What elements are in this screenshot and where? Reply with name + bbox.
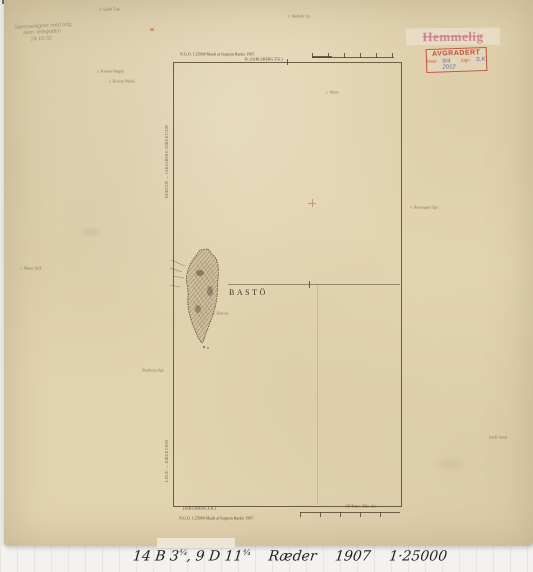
caption-year: 1907 bbox=[334, 549, 371, 565]
skerry-dot bbox=[207, 347, 208, 348]
hemmelig-stamp: Hemmelig bbox=[406, 28, 500, 46]
avgradert-dato-value: 9/4 2012 bbox=[443, 58, 457, 70]
paper-smudge bbox=[430, 455, 470, 473]
skerry-dot bbox=[203, 346, 205, 348]
avgradert-sign-value: S.K. bbox=[476, 56, 487, 62]
terrain-blob bbox=[195, 305, 201, 313]
island-label: BASTÖ bbox=[229, 288, 268, 297]
terrain-blob bbox=[207, 286, 213, 296]
margin-text-left-lower: LINJE — DIREKTION bbox=[165, 440, 169, 482]
tiny-map-label: s. Hansen bbox=[213, 311, 229, 316]
caption-sheet2-sup: ⁴⁄₄ bbox=[242, 548, 251, 557]
tiny-map-label: s. Marra Skik bbox=[20, 266, 42, 271]
avgradert-sign-label: Sign. bbox=[461, 58, 471, 64]
caption-author: Ræder bbox=[268, 549, 318, 565]
tape-patch bbox=[157, 538, 235, 548]
caption-scale: 1·25000 bbox=[388, 549, 448, 565]
scanned-map-page: Sammenlignet med orig. Anm. telegrafen 1… bbox=[0, 0, 533, 572]
pencil-annotation: Sammenlignet med orig. Anm. telegrafen 1… bbox=[14, 21, 73, 43]
quadrant-divider-line bbox=[228, 284, 400, 285]
imprint-bottom: N.G.O. 1:25000 Maalt af Kaptein Ræder 19… bbox=[179, 516, 254, 521]
handwritten-caption: 14 B 3⁴⁄₄, 9 D 11⁴⁄₄ Ræder 1907 1·25000 bbox=[132, 548, 434, 565]
tiny-map-label: s. Mons bbox=[326, 90, 339, 95]
tiny-map-label: v. Mellom Sp. bbox=[288, 14, 311, 19]
sheet-reference-top: B. (JARLSBERG F.K.) bbox=[245, 57, 283, 62]
caption-sheet2: 9 D 11 bbox=[195, 549, 244, 565]
hemmelig-stamp-text: Hemmelig bbox=[422, 28, 483, 45]
tiny-map-label: Skallevja Sgn bbox=[142, 368, 164, 373]
terrain-blob bbox=[196, 270, 204, 276]
caption-separator: , bbox=[186, 549, 192, 565]
imprint-top: N.G.O. 1:25000 Maalt af Kaptein Ræder 19… bbox=[180, 52, 255, 57]
shoreline-strokes bbox=[170, 260, 185, 287]
scale-note-bottom: 1/8 Tom t. Rde. sko. bbox=[345, 504, 377, 509]
island-basto-drawing bbox=[170, 247, 232, 351]
graphic-scale-top bbox=[312, 53, 394, 58]
margin-text-left-upper: HORTEN — JARLSBERG DIREKTION bbox=[165, 125, 169, 198]
avgradert-dato-label: Dato: bbox=[427, 59, 438, 65]
tiny-map-label: s. Gjøde Træ bbox=[99, 7, 120, 12]
graphic-scale-bottom bbox=[300, 512, 400, 517]
frame-tick-mark bbox=[287, 59, 288, 65]
tiny-map-label: v. Bastangen Sgn bbox=[410, 205, 438, 210]
paper-smudge bbox=[78, 226, 104, 238]
registration-cross bbox=[308, 199, 316, 207]
tiny-map-label: harde Sand bbox=[489, 435, 507, 440]
quadrant-divider-vertical bbox=[317, 285, 318, 505]
rust-speck bbox=[150, 28, 154, 31]
tiny-map-label: s. Hveem Mølla bbox=[109, 79, 135, 84]
tiny-map-label: s. Hveem Høgda bbox=[97, 69, 124, 74]
avgradert-stamp: AVGRADERT Dato: 9/4 2012 Sign. S.K. bbox=[426, 47, 488, 73]
sheet-reference-bottom: (JARLSBERG F.K.) bbox=[183, 506, 216, 511]
caption-sheet1: 14 B 3 bbox=[132, 549, 180, 565]
